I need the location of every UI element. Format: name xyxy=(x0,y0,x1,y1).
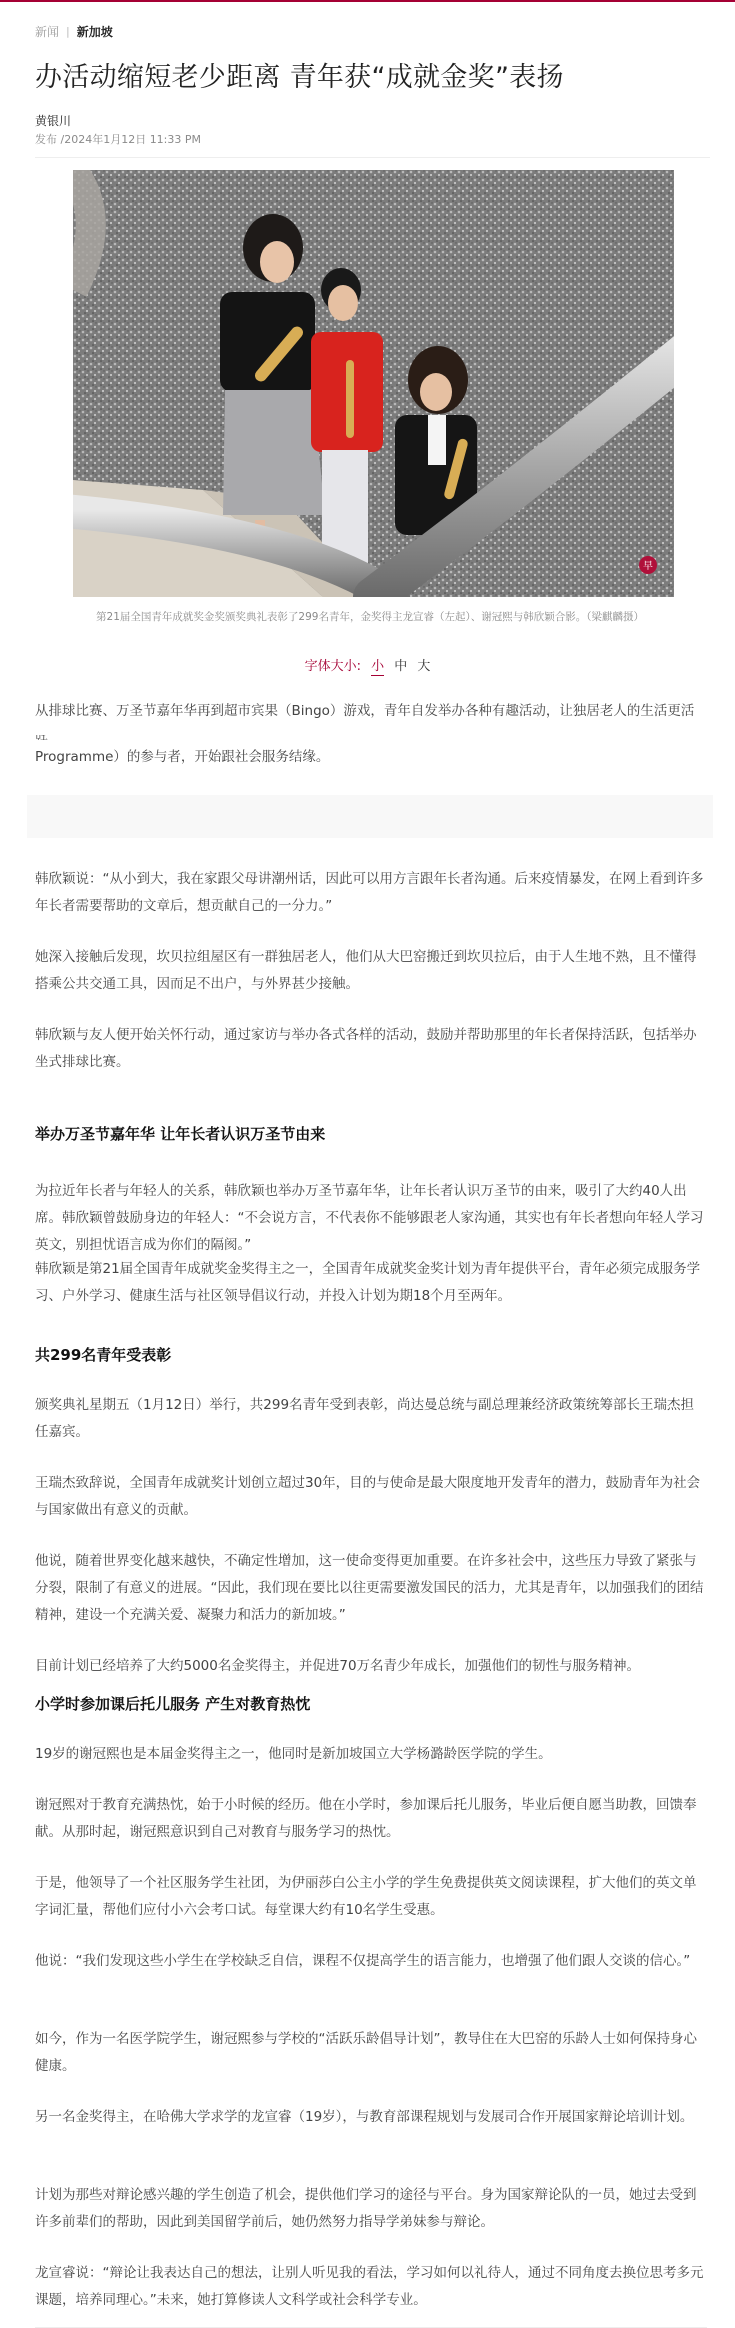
body-paragraph: 王瑞杰致辞说，全国青年成就奖计划创立超过30年，目的与使命是最大限度地开发青年的… xyxy=(35,1470,707,1524)
body-paragraph: 韩欣颖说：“从小到大，我在家跟父母讲潮州话，因此可以用方言跟年长者沟通。后来疫情… xyxy=(35,866,707,920)
article-photo: 早 xyxy=(73,170,674,597)
body-paragraph: 韩欣颖是第21届全国青年成就奖金奖得主之一，全国青年成就奖金奖计划为青年提供平台… xyxy=(35,1256,707,1310)
body-paragraph: 于是，他领导了一个社区服务学生社团，为伊丽莎白公主小学的学生免费提供英文阅读课程… xyxy=(35,1870,707,1924)
intro-paragraph-line: 从排球比赛、万圣节嘉年华再到超市宾果（Bingo）游戏，青年自发举办各种有趣活动… xyxy=(35,698,707,725)
body-paragraph: 如今，作为一名医学院学生，谢冠熙参与学校的“活跃乐龄倡导计划”，教导住在大巴窑的… xyxy=(35,2026,707,2080)
font-size-large-button[interactable]: 大 xyxy=(417,658,430,676)
body-paragraph: 他说，随着世界变化越来越快，不确定性增加，这一使命变得更加重要。在许多社会中，这… xyxy=(35,1548,707,1629)
publish-date: 发布 /2024年1月12日 11:33 PM xyxy=(35,133,201,147)
body-paragraph: 目前计划已经培养了大约5000名金奖得主，并促进70万名青少年成长，加强他们的韧… xyxy=(35,1653,707,1680)
author-name[interactable]: 黄银川 xyxy=(35,113,71,129)
font-size-control: 字体大小: 小 中 大 xyxy=(0,658,735,676)
intro-clipped-fragment: 跃 xyxy=(35,735,55,740)
body-paragraph: 19岁的谢冠熙也是本届金奖得主之一，他同时是新加坡国立大学杨潞龄医学院的学生。 xyxy=(35,1741,707,1768)
body-paragraph: 颁奖典礼星期五（1月12日）举行，共299名青年受到表彰，尚达曼总统与副总理兼经… xyxy=(35,1392,707,1446)
breadcrumb: 新闻 | 新加坡 xyxy=(35,24,113,40)
font-size-small-button[interactable]: 小 xyxy=(371,659,384,676)
section-heading: 举办万圣节嘉年华 让年长者认识万圣节由来 xyxy=(35,1123,707,1145)
top-accent-bar xyxy=(0,0,735,2)
body-paragraph: 另一名金奖得主，在哈佛大学求学的龙宣睿（19岁），与教育部课程规划与发展司合作开… xyxy=(35,2104,707,2131)
breadcrumb-news-link[interactable]: 新闻 xyxy=(35,24,59,40)
body-paragraph: 她深入接触后发现，坎贝拉组屋区有一群独居老人，他们从大巴窑搬迁到坎贝拉后，由于人… xyxy=(35,944,707,998)
body-paragraph: 韩欣颖与友人便开始关怀行动，通过家访与举办各式各样的活动，鼓励并帮助那里的年长者… xyxy=(35,1022,707,1076)
ad-placeholder xyxy=(27,795,713,838)
font-size-label: 字体大小: xyxy=(305,659,361,674)
body-paragraph: 龙宣睿说：“辩论让我表达自己的想法，让别人听见我的看法，学习如何以礼待人，通过不… xyxy=(35,2260,707,2314)
body-paragraph: 谢冠熙对于教育充满热忱，始于小时候的经历。他在小学时，参加课后托儿服务，毕业后便… xyxy=(35,1792,707,1846)
body-paragraph: 计划为那些对辩论感兴趣的学生创造了机会，提供他们学习的途径与平台。身为国家辩论队… xyxy=(35,2182,707,2236)
body-paragraph: 为拉近年长者与年轻人的关系，韩欣颖也举办万圣节嘉年华，让年长者认识万圣节的由来，… xyxy=(35,1178,707,1259)
svg-text:早: 早 xyxy=(643,560,653,572)
intro-paragraph-tail: Programme）的参与者，开始跟社会服务结缘。 xyxy=(35,744,707,771)
article-title: 办活动缩短老少距离 青年获“成就金奖”表扬 xyxy=(35,60,564,96)
photo-caption: 第21届全国青年成就奖金奖颁奖典礼表彰了299名青年，金奖得主龙宣睿（左起）、谢… xyxy=(60,610,680,624)
font-size-medium-button[interactable]: 中 xyxy=(394,658,407,676)
breadcrumb-singapore-link[interactable]: 新加坡 xyxy=(77,24,113,40)
breadcrumb-separator: | xyxy=(66,24,70,40)
header-divider xyxy=(35,157,710,158)
body-paragraph: 他说：“我们发现这些小学生在学校缺乏自信，课程不仅提高学生的语言能力，也增强了他… xyxy=(35,1948,707,1975)
section-heading: 小学时参加课后托儿服务 产生对教育热忱 xyxy=(35,1693,707,1715)
section-heading: 共299名青年受表彰 xyxy=(35,1344,707,1366)
